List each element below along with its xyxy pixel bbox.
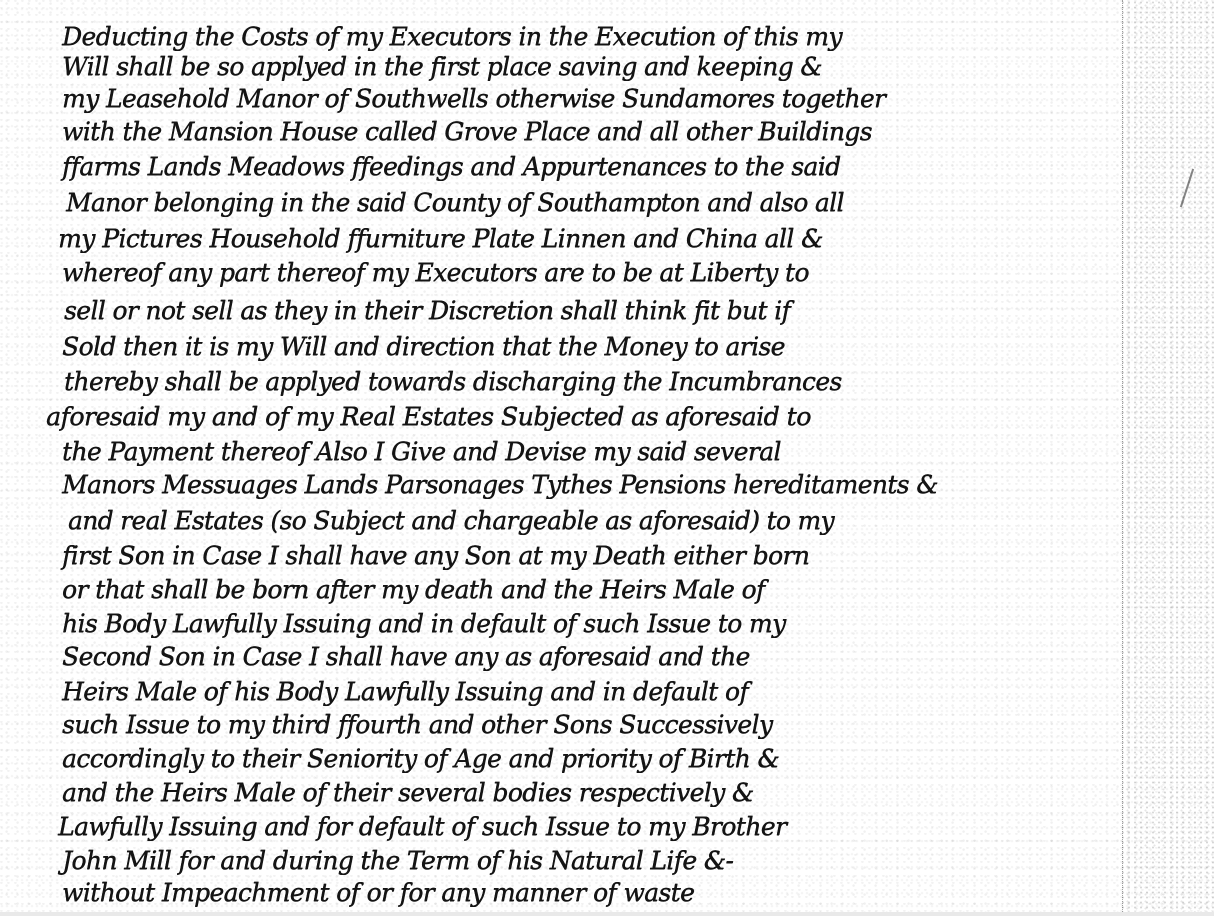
manuscript-line: thereby shall be applyed towards dischar… <box>64 367 1120 397</box>
manuscript-line: accordingly to their Seniority of Age an… <box>62 744 1120 774</box>
manuscript-line: my Leasehold Manor of Southwells otherwi… <box>62 84 1120 114</box>
manuscript-line: sell or not sell as they in their Discre… <box>64 296 1120 326</box>
manuscript-line: his Body Lawfully Issuing and in default… <box>62 609 1120 639</box>
manuscript-line: such Issue to my third ffourth and other… <box>62 710 1120 740</box>
manuscript-line: whereof any part thereof my Executors ar… <box>62 258 1120 288</box>
manuscript-line: first Son in Case I shall have any Son a… <box>62 541 1120 571</box>
manuscript-line: Manor belonging in the said County of So… <box>66 188 1120 218</box>
margin-rule-line <box>1122 0 1123 916</box>
manuscript-line: and real Estates (so Subject and chargea… <box>68 506 1120 536</box>
manuscript-line: or that shall be born after my death and… <box>62 575 1120 605</box>
manuscript-line: Will shall be so applyed in the first pl… <box>62 52 1120 82</box>
manuscript-line: the Payment thereof Also I Give and Devi… <box>62 437 1120 467</box>
manuscript-line: and the Heirs Male of their several bodi… <box>62 778 1120 808</box>
manuscript-line: Sold then it is my Will and direction th… <box>62 332 1120 362</box>
manuscript-line: Second Son in Case I shall have any as a… <box>62 642 1120 672</box>
manuscript-line: Lawfully Issuing and for default of such… <box>58 812 1120 842</box>
manuscript-line: aforesaid my and of my Real Estates Subj… <box>46 402 1120 432</box>
manuscript-line: without Impeachment of or for any manner… <box>62 878 1120 908</box>
manuscript-line: my Pictures Household ffurniture Plate L… <box>58 224 1120 254</box>
manuscript-line: John Mill for and during the Term of his… <box>62 846 1120 876</box>
manuscript-line: ffarms Lands Meadows ffeedings and Appur… <box>62 152 1120 182</box>
scan-bottom-edge <box>0 912 1214 916</box>
manuscript-line: Manors Messuages Lands Parsonages Tythes… <box>62 470 1120 500</box>
manuscript-page: Deducting the Costs of my Executors in t… <box>0 0 1214 916</box>
manuscript-line: Deducting the Costs of my Executors in t… <box>62 22 1120 52</box>
manuscript-line: with the Mansion House called Grove Plac… <box>62 117 1120 147</box>
manuscript-line: Heirs Male of his Body Lawfully Issuing … <box>62 677 1120 707</box>
scan-margin-noise <box>1120 0 1214 916</box>
